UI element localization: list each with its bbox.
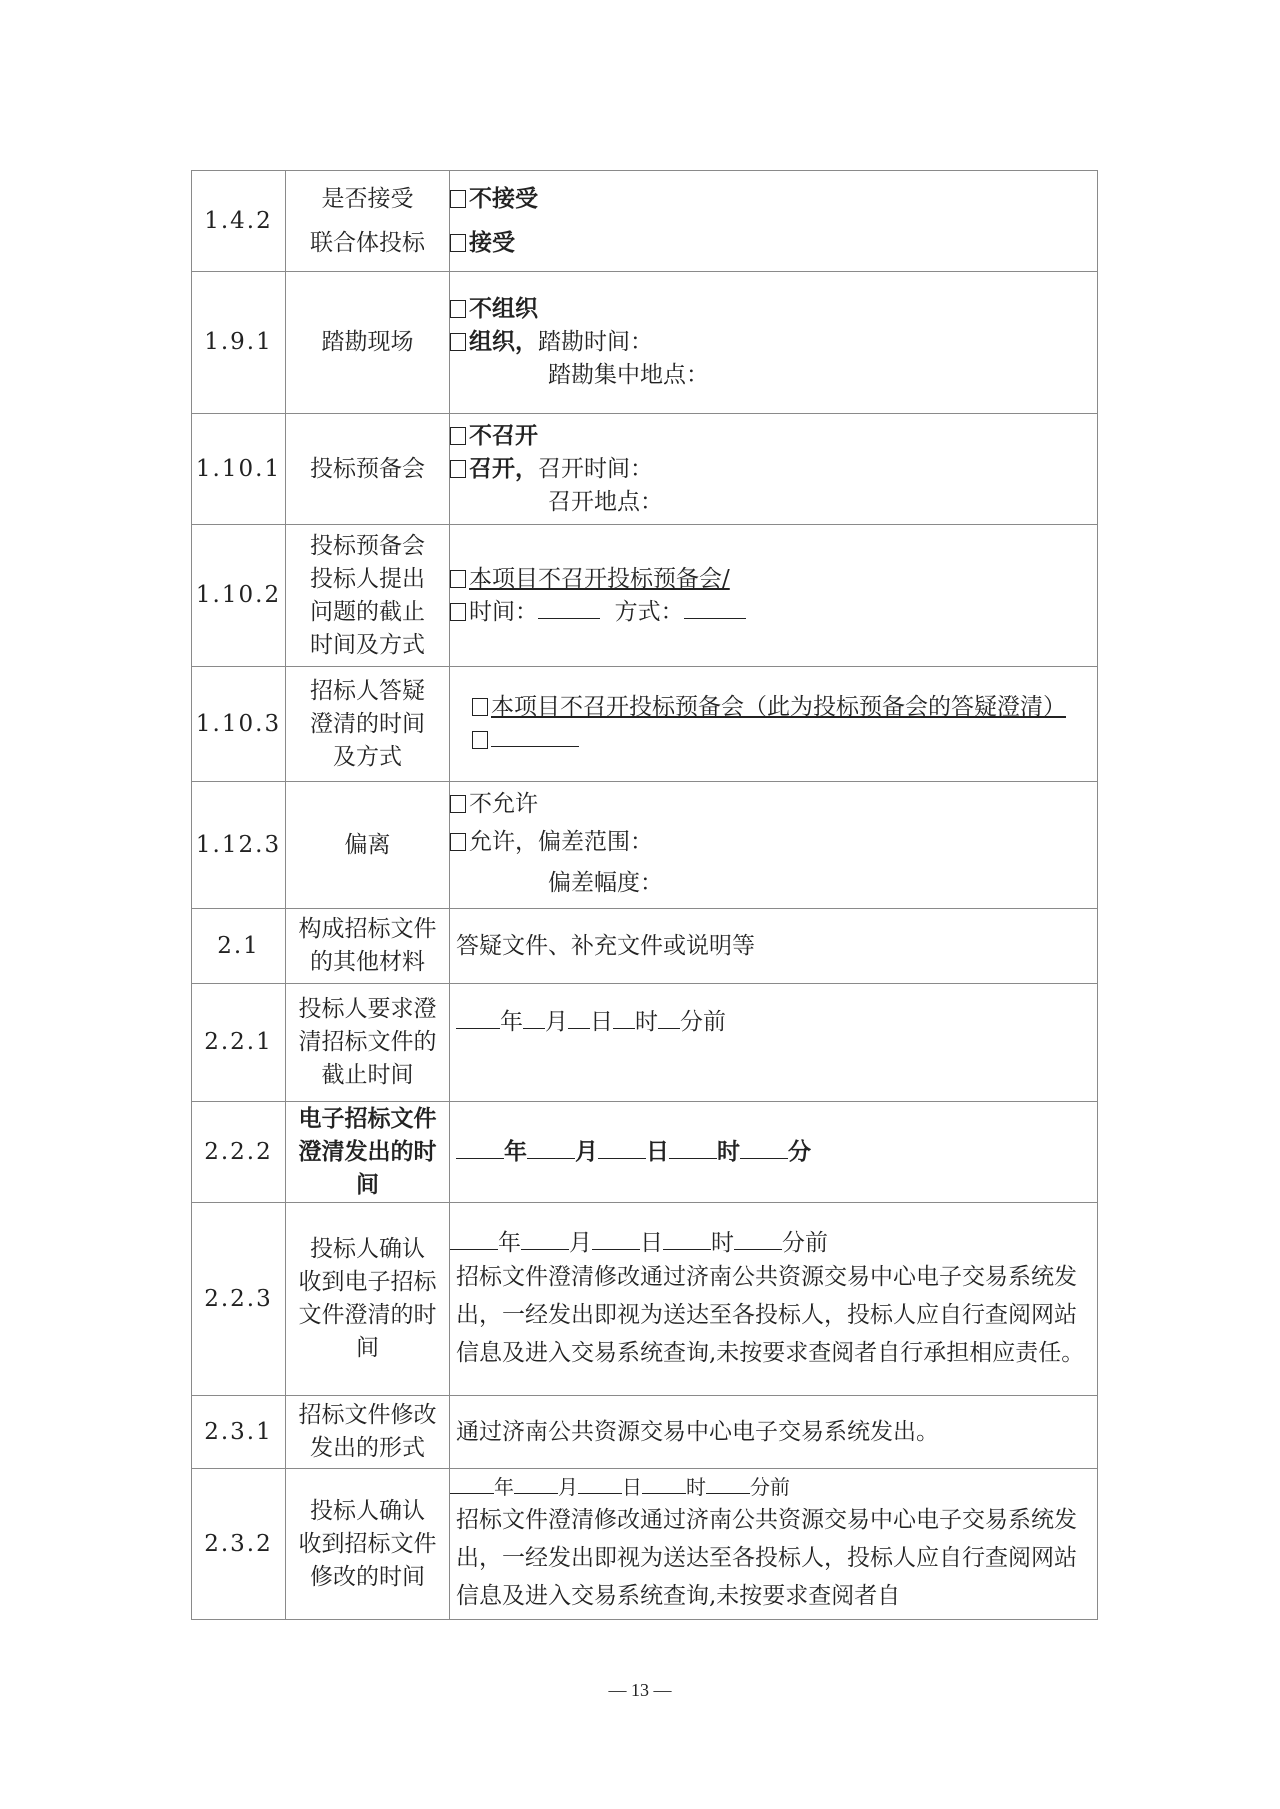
meeting-time-label: 召开时间： <box>538 456 653 482</box>
clause-content: 通过济南公共资源交易中心电子交易系统发出。 <box>450 1396 1098 1469</box>
month-blank[interactable] <box>521 1227 569 1250</box>
table-row: 1.12.3 偏离 不允许 允许，偏差范围： 偏差幅度： <box>192 782 1098 909</box>
option-label: 本项目不召开投标预备会（此为投标预备会的答疑澄清） <box>491 694 1066 720</box>
option-label: 本项目不召开投标预备会/ <box>469 566 730 592</box>
checkbox-icon[interactable] <box>450 427 466 445</box>
issue-date: 年月日时分 <box>456 1136 1097 1169</box>
site-visit-time-label: 踏勘时间： <box>538 329 653 355</box>
clause-content: 年月日时分前 招标文件澄清修改通过济南公共资源交易中心电子交易系统发出，一经发出… <box>450 1469 1098 1620</box>
clause-label: 是否接受 联合体投标 <box>286 171 450 272</box>
clause-content: 不允许 允许，偏差范围： 偏差幅度： <box>450 782 1098 909</box>
clause-content: 答疑文件、补充文件或说明等 <box>450 909 1098 984</box>
option-allow[interactable]: 允许，偏差范围： <box>450 823 1097 861</box>
time-label: 时间： <box>469 599 538 625</box>
option-label: 召开， <box>469 456 538 482</box>
label-line: 发出的形式 <box>286 1432 449 1465</box>
option-no-prebid-meeting[interactable]: 本项目不召开投标预备会/ <box>450 563 1097 596</box>
label-line: 招标文件修改 <box>286 1399 449 1432</box>
time-blank[interactable] <box>538 596 600 619</box>
option-label: 允许，偏差范围： <box>469 829 653 855</box>
month-blank[interactable] <box>527 1136 575 1159</box>
clause-content: 年月日时分 <box>450 1102 1098 1203</box>
method-label: 方式： <box>615 599 684 625</box>
checkbox-icon[interactable] <box>450 300 466 318</box>
table-row: 2.3.1 招标文件修改 发出的形式 通过济南公共资源交易中心电子交易系统发出。 <box>192 1396 1098 1469</box>
label-line: 投标人要求澄 <box>286 993 449 1026</box>
option-organize[interactable]: 组织，踏勘时间： <box>450 326 1097 359</box>
checkbox-icon[interactable] <box>450 603 466 621</box>
table-row: 1.9.1 踏勘现场 不组织 组织，踏勘时间： 踏勘集中地点： <box>192 272 1098 414</box>
minute-blank[interactable] <box>734 1227 782 1250</box>
label-line: 清招标文件的 <box>286 1026 449 1059</box>
clause-label: 招标人答疑 澄清的时间 及方式 <box>286 667 450 782</box>
label-line: 收到电子招标 <box>286 1266 449 1299</box>
label-line: 构成招标文件 <box>286 913 449 946</box>
unit-day: 日 <box>640 1230 663 1256</box>
clause-label: 构成招标文件 的其他材料 <box>286 909 450 984</box>
hour-blank[interactable] <box>669 1136 717 1159</box>
unit-minute: 分 <box>788 1139 811 1165</box>
clause-description: 招标文件澄清修改通过济南公共资源交易中心电子交易系统发出，一经发出即视为送达至各… <box>450 1501 1097 1615</box>
day-blank[interactable] <box>592 1227 640 1250</box>
clause-label: 偏离 <box>286 782 450 909</box>
unit-minute: 分前 <box>750 1475 790 1499</box>
label-line: 时间及方式 <box>286 629 449 662</box>
option-label: 不接受 <box>469 186 538 212</box>
table-row: 1.10.3 招标人答疑 澄清的时间 及方式 本项目不召开投标预备会（此为投标预… <box>192 667 1098 782</box>
clause-number: 1.10.3 <box>192 667 286 782</box>
label-line: 问题的截止 <box>286 596 449 629</box>
label-line: 是否接受 <box>286 177 449 221</box>
unit-hour: 时 <box>717 1139 740 1165</box>
label-line: 投标人提出 <box>286 563 449 596</box>
clause-number: 2.2.2 <box>192 1102 286 1203</box>
unit-minute: 分前 <box>782 1230 828 1256</box>
label-line: 截止时间 <box>286 1059 449 1092</box>
other-blank[interactable] <box>491 724 579 747</box>
clause-label: 投标预备会 投标人提出 问题的截止 时间及方式 <box>286 525 450 667</box>
checkbox-icon[interactable] <box>450 190 466 208</box>
month-blank[interactable] <box>514 1475 558 1494</box>
year-blank[interactable] <box>450 1227 498 1250</box>
checkbox-icon[interactable] <box>472 731 488 749</box>
table-row: 2.2.2 电子招标文件 澄清发出的时 间 年月日时分 <box>192 1102 1098 1203</box>
checkbox-icon[interactable] <box>450 333 466 351</box>
unit-year: 年 <box>500 1009 523 1035</box>
unit-day: 日 <box>590 1009 613 1035</box>
unit-year: 年 <box>494 1475 514 1499</box>
clause-number: 1.10.2 <box>192 525 286 667</box>
year-blank[interactable] <box>456 1136 504 1159</box>
label-line: 电子招标文件 <box>286 1103 449 1136</box>
clause-number: 1.12.3 <box>192 782 286 909</box>
clause-content: 本项目不召开投标预备会（此为投标预备会的答疑澄清） <box>450 667 1098 782</box>
table-row: 2.2.3 投标人确认 收到电子招标 文件澄清的时 间 年月日时分前 招标文件澄… <box>192 1203 1098 1396</box>
clause-number: 2.2.3 <box>192 1203 286 1396</box>
option-not-allow[interactable]: 不允许 <box>450 785 1097 823</box>
clause-number: 1.4.2 <box>192 171 286 272</box>
checkbox-icon[interactable] <box>472 698 488 716</box>
checkbox-icon[interactable] <box>450 833 466 851</box>
unit-month: 月 <box>569 1230 592 1256</box>
clause-number: 2.3.2 <box>192 1469 286 1620</box>
meeting-location-label: 召开地点： <box>450 486 1097 519</box>
option-time-method[interactable]: 时间： 方式： <box>450 596 1097 629</box>
minute-blank[interactable] <box>658 1006 680 1029</box>
clause-number: 1.9.1 <box>192 272 286 414</box>
label-line: 踏勘现场 <box>322 329 414 355</box>
option-hold[interactable]: 召开，召开时间： <box>450 453 1097 486</box>
label-line: 偏离 <box>345 832 391 858</box>
label-line: 及方式 <box>286 741 449 774</box>
label-line: 澄清发出的时 <box>286 1136 449 1169</box>
option-label: 不召开 <box>469 423 538 449</box>
clause-number: 2.2.1 <box>192 984 286 1102</box>
day-blank[interactable] <box>578 1475 622 1494</box>
clause-number: 2.1 <box>192 909 286 984</box>
clause-label: 踏勘现场 <box>286 272 450 414</box>
year-blank[interactable] <box>450 1475 494 1494</box>
option-not-organize[interactable]: 不组织 <box>450 293 1097 326</box>
day-blank[interactable] <box>568 1006 590 1029</box>
deadline-date: 年月日时分前 <box>456 1006 1097 1039</box>
clause-content: 本项目不召开投标预备会/ 时间： 方式： <box>450 525 1098 667</box>
clause-content: 不召开 召开，召开时间： 召开地点： <box>450 414 1098 525</box>
unit-month: 月 <box>558 1475 578 1499</box>
option-no-prebid-clarification[interactable]: 本项目不召开投标预备会（此为投标预备会的答疑澄清） <box>456 691 1097 724</box>
clause-label: 投标预备会 <box>286 414 450 525</box>
clause-label: 电子招标文件 澄清发出的时 间 <box>286 1102 450 1203</box>
deviation-amplitude-label: 偏差幅度： <box>450 861 1097 905</box>
day-blank[interactable] <box>598 1136 646 1159</box>
clause-label: 投标人确认 收到招标文件 修改的时间 <box>286 1469 450 1620</box>
table-row: 2.3.2 投标人确认 收到招标文件 修改的时间 年月日时分前 招标文件澄清修改… <box>192 1469 1098 1620</box>
label-line: 投标人确认 <box>286 1495 449 1528</box>
unit-day: 日 <box>622 1475 642 1499</box>
option-not-accept[interactable]: 不接受 <box>450 177 1097 221</box>
option-accept[interactable]: 接受 <box>450 221 1097 265</box>
hour-blank[interactable] <box>642 1475 686 1494</box>
table-row: 1.4.2 是否接受 联合体投标 不接受 接受 <box>192 171 1098 272</box>
option-other[interactable] <box>456 724 1097 757</box>
month-blank[interactable] <box>523 1006 545 1029</box>
method-blank[interactable] <box>684 596 746 619</box>
unit-day: 日 <box>646 1139 669 1165</box>
year-blank[interactable] <box>456 1006 500 1029</box>
option-not-hold[interactable]: 不召开 <box>450 420 1097 453</box>
table-row: 1.10.1 投标预备会 不召开 召开，召开时间： 召开地点： <box>192 414 1098 525</box>
clause-number: 2.3.1 <box>192 1396 286 1469</box>
table-row: 1.10.2 投标预备会 投标人提出 问题的截止 时间及方式 本项目不召开投标预… <box>192 525 1098 667</box>
unit-hour: 时 <box>711 1230 734 1256</box>
unit-minute: 分前 <box>680 1009 726 1035</box>
table-row: 2.2.1 投标人要求澄 清招标文件的 截止时间 年月日时分前 <box>192 984 1098 1102</box>
table-row: 2.1 构成招标文件 的其他材料 答疑文件、补充文件或说明等 <box>192 909 1098 984</box>
label-line: 投标预备会 <box>310 456 425 482</box>
clause-label: 投标人要求澄 清招标文件的 截止时间 <box>286 984 450 1102</box>
label-line: 的其他材料 <box>286 946 449 979</box>
unit-month: 月 <box>575 1139 598 1165</box>
label-line: 间 <box>286 1332 449 1365</box>
site-visit-location-label: 踏勘集中地点： <box>450 359 1097 392</box>
label-line: 澄清的时间 <box>286 708 449 741</box>
minute-blank[interactable] <box>740 1136 788 1159</box>
checkbox-icon[interactable] <box>450 460 466 478</box>
unit-year: 年 <box>498 1230 521 1256</box>
clause-label: 招标文件修改 发出的形式 <box>286 1396 450 1469</box>
option-label: 不组织 <box>469 296 538 322</box>
label-line: 修改的时间 <box>286 1561 449 1594</box>
clause-content: 年月日时分前 招标文件澄清修改通过济南公共资源交易中心电子交易系统发出，一经发出… <box>450 1203 1098 1396</box>
unit-hour: 时 <box>635 1009 658 1035</box>
label-line: 投标预备会 <box>286 530 449 563</box>
label-line: 联合体投标 <box>286 221 449 265</box>
option-label: 组织， <box>469 329 538 355</box>
checkbox-icon[interactable] <box>450 234 466 252</box>
hour-blank[interactable] <box>613 1006 635 1029</box>
confirm-date: 年月日时分前 <box>450 1473 1097 1501</box>
checkbox-icon[interactable] <box>450 570 466 588</box>
confirm-date: 年月日时分前 <box>450 1227 1097 1258</box>
clause-description: 招标文件澄清修改通过济南公共资源交易中心电子交易系统发出，一经发出即视为送达至各… <box>450 1258 1097 1372</box>
clause-label: 投标人确认 收到电子招标 文件澄清的时 间 <box>286 1203 450 1396</box>
option-label: 不允许 <box>469 791 538 817</box>
clause-content: 不组织 组织，踏勘时间： 踏勘集中地点： <box>450 272 1098 414</box>
checkbox-icon[interactable] <box>450 795 466 813</box>
clause-content: 年月日时分前 <box>450 984 1098 1102</box>
page-number: — 13 — <box>0 1680 1280 1701</box>
label-line: 文件澄清的时 <box>286 1299 449 1332</box>
label-line: 收到招标文件 <box>286 1528 449 1561</box>
clause-number: 1.10.1 <box>192 414 286 525</box>
unit-year: 年 <box>504 1139 527 1165</box>
minute-blank[interactable] <box>706 1475 750 1494</box>
clause-content: 不接受 接受 <box>450 171 1098 272</box>
label-line: 招标人答疑 <box>286 675 449 708</box>
label-line: 间 <box>286 1169 449 1202</box>
option-label: 接受 <box>469 230 515 256</box>
unit-month: 月 <box>545 1009 568 1035</box>
label-line: 投标人确认 <box>286 1233 449 1266</box>
hour-blank[interactable] <box>663 1227 711 1250</box>
unit-hour: 时 <box>686 1475 706 1499</box>
bid-data-table: 1.4.2 是否接受 联合体投标 不接受 接受 1.9.1 踏勘现场 不组织 组… <box>191 170 1098 1620</box>
